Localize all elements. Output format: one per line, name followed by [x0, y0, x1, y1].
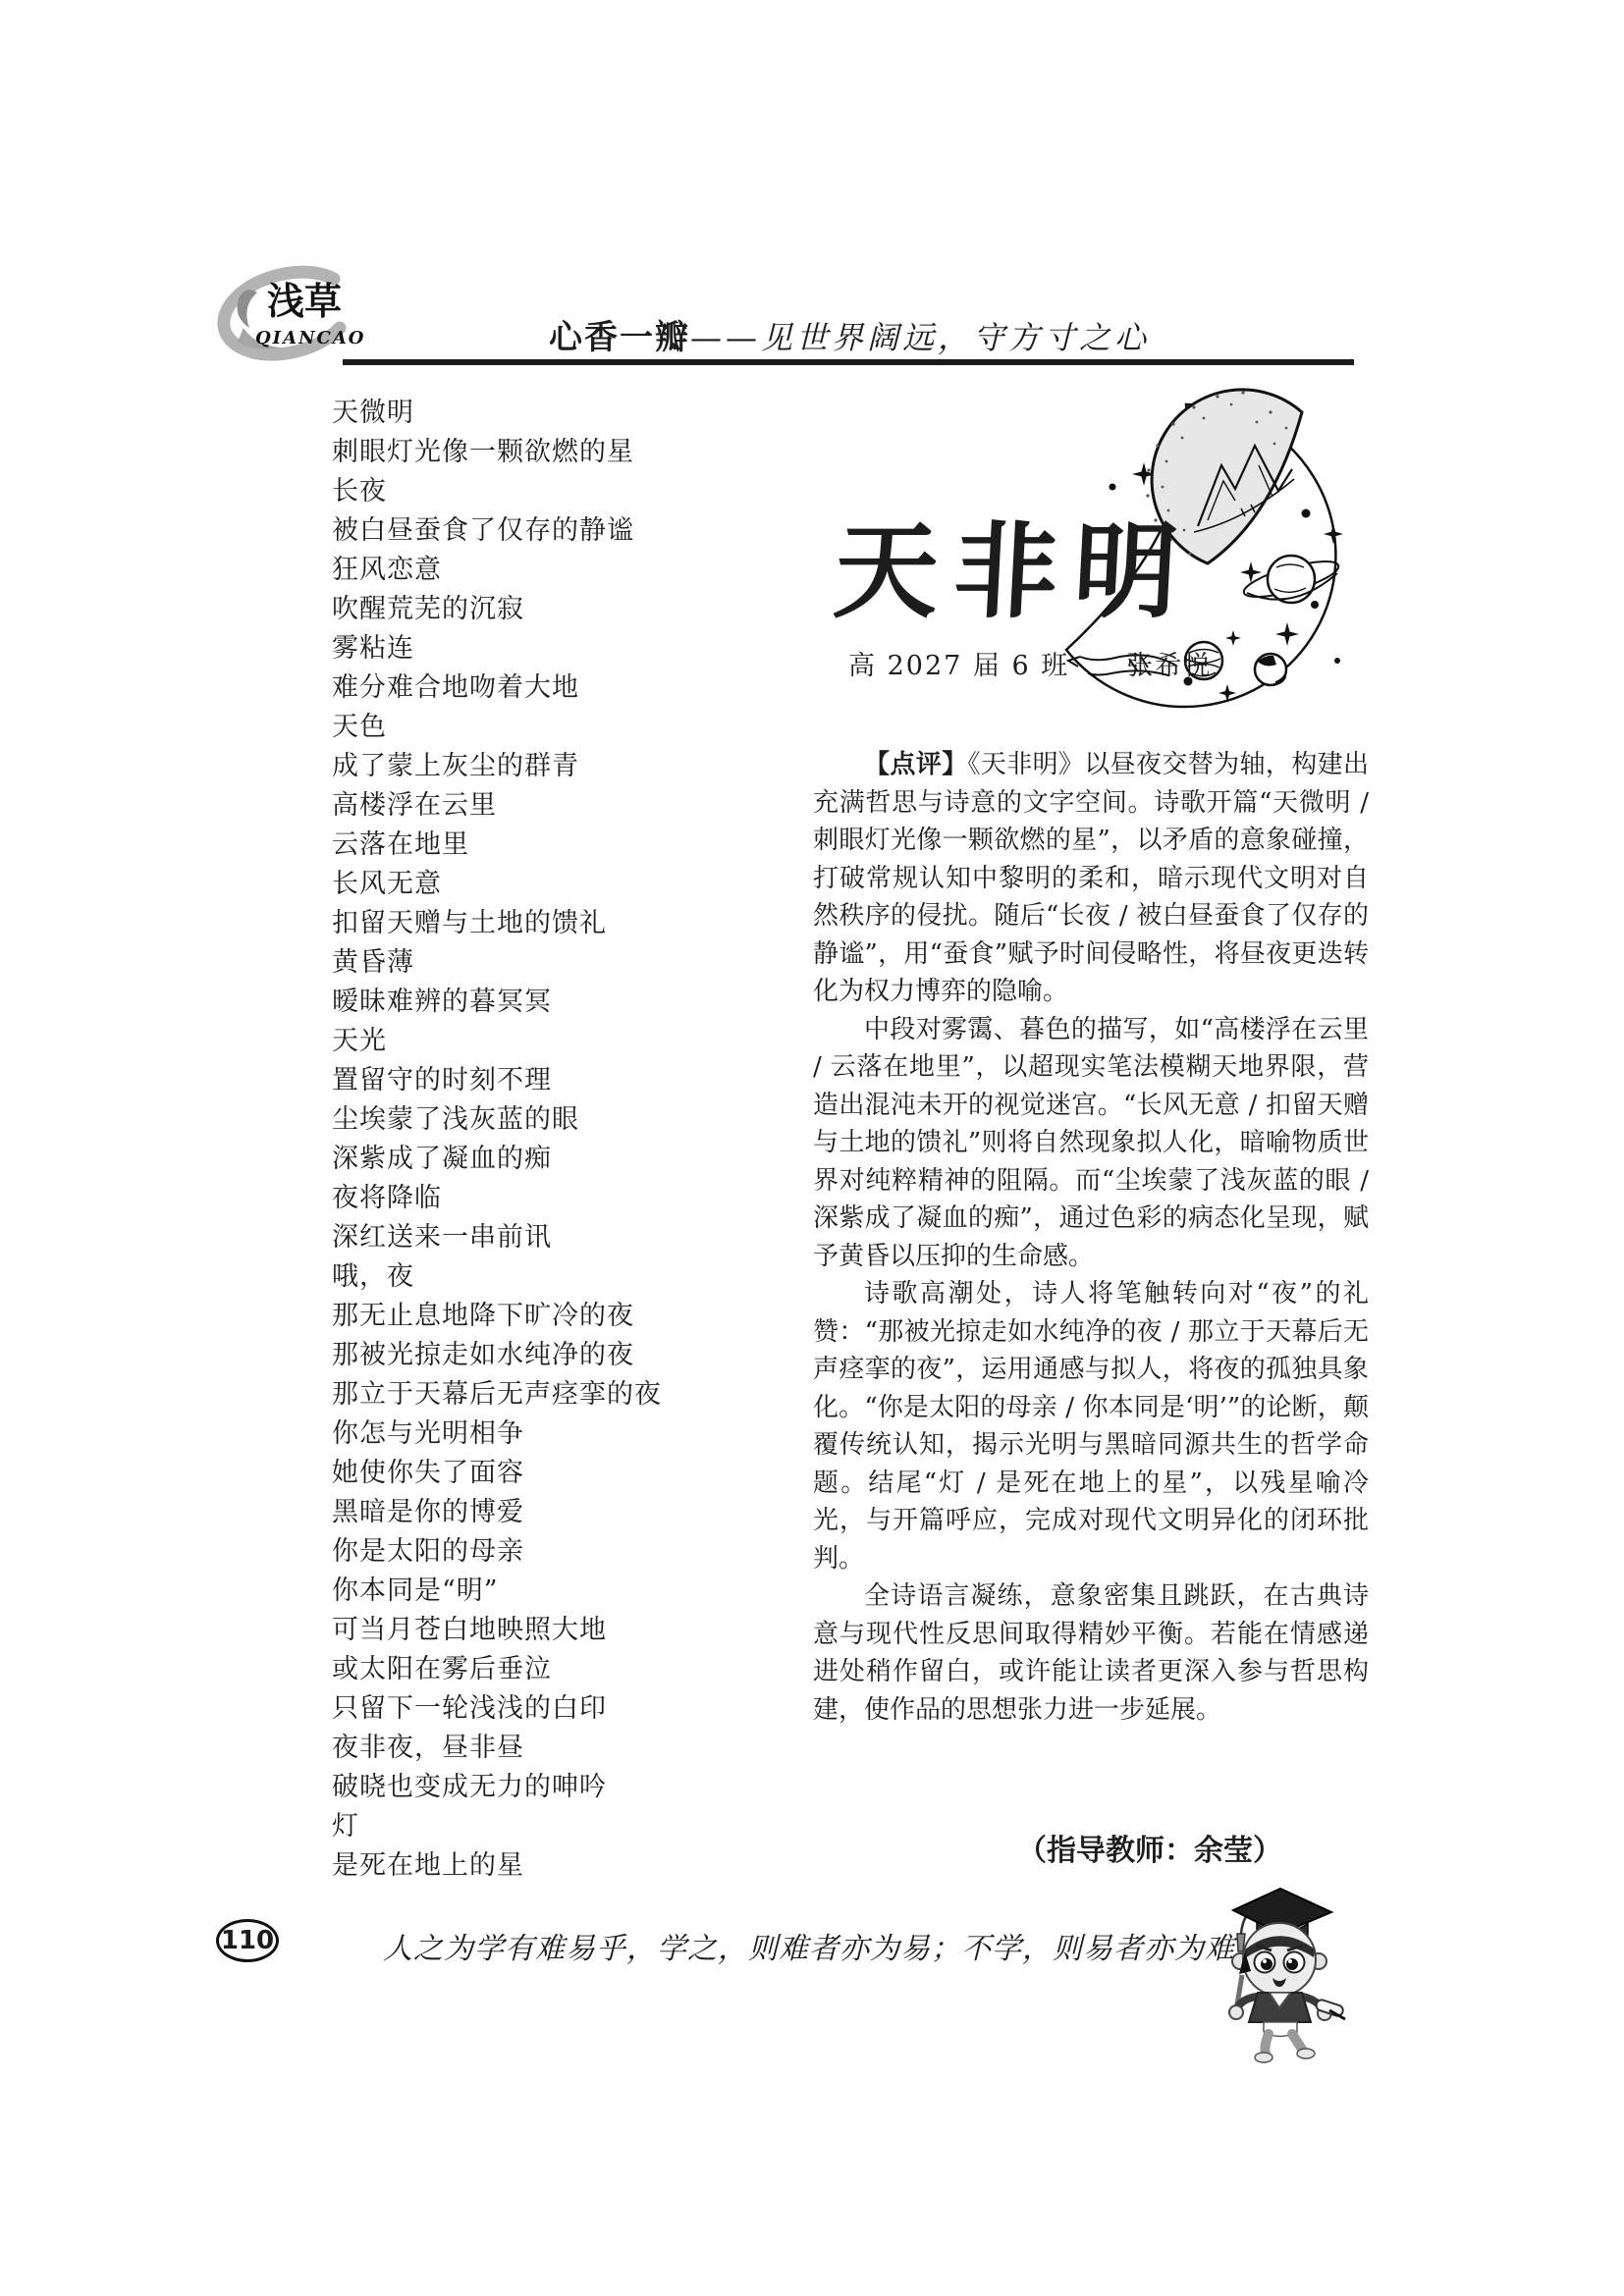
section-header-motto: ——见世界阔远，守方寸之心 — [690, 319, 1150, 356]
poem-line: 天微明 — [332, 394, 662, 433]
poem-line: 尘埃蒙了浅灰蓝的眼 — [332, 1100, 662, 1140]
poem-line: 深紫成了凝血的痴 — [332, 1140, 662, 1179]
commentary-body: 【点评】《天非明》以昼夜交替为轴，构建出充满哲思与诗意的文字空间。诗歌开篇“天微… — [813, 746, 1369, 1729]
poem-line: 天光 — [332, 1022, 662, 1061]
poem-line: 她使你失了面容 — [332, 1454, 662, 1493]
poem-line: 黄昏薄 — [332, 943, 662, 983]
page-number: 110 — [221, 1926, 274, 1955]
poem-line: 可当月苍白地映照大地 — [332, 1611, 662, 1650]
poem-line: 灯 — [332, 1807, 662, 1846]
poem-line: 难分难合地吻着大地 — [332, 668, 662, 708]
page-number-badge: 110 — [216, 1919, 279, 1962]
scholar-baby-mascot — [1210, 1873, 1352, 2064]
poem-line: 深红送来一串前讯 — [332, 1218, 662, 1257]
poem-line: 你是太阳的母亲 — [332, 1532, 662, 1572]
poem-line: 是死在地上的星 — [332, 1846, 662, 1886]
poem-title: 天非明 — [831, 489, 1198, 638]
poem-line: 长夜 — [332, 472, 662, 511]
poem-line: 扣留天赠与土地的馈礼 — [332, 904, 662, 943]
commentary-text: 诗歌高潮处，诗人将笔触转向对“夜”的礼赞：“那被光掠走如水纯净的夜 / 那立于天… — [813, 1279, 1369, 1574]
poem-line: 那立于天幕后无声痉挛的夜 — [332, 1375, 662, 1415]
poem-line: 狂风恋意 — [332, 551, 662, 590]
poem-line: 破晓也变成无力的呻吟 — [332, 1768, 662, 1807]
poem-line: 暧昧难辨的暮冥冥 — [332, 983, 662, 1022]
poem-line: 你本同是“明” — [332, 1572, 662, 1611]
footer-quote: 人之为学有难易乎，学之，则难者亦为易；不学，则易者亦为难。 — [383, 1924, 1266, 1967]
poem-line: 刺眼灯光像一颗欲燃的星 — [332, 433, 662, 472]
poem-line: 吹醒荒芜的沉寂 — [332, 590, 662, 629]
poem-line: 高楼浮在云里 — [332, 786, 662, 826]
commentary-label: 【点评】 — [864, 750, 967, 779]
poem-line: 天色 — [332, 708, 662, 747]
poem-line: 那无止息地降下旷冷的夜 — [332, 1297, 662, 1336]
commentary-text: 中段对雾霭、暮色的描写，如“高楼浮在云里 / 云落在地里”，以超现实笔法模糊天地… — [813, 1015, 1369, 1271]
poem-byline: 高 2027 届 6 班 张希悦 — [848, 644, 1212, 682]
commentary-text: 全诗语言凝练，意象密集且跳跃，在古典诗意与现代性反思间取得精妙平衡。若能在情感递… — [813, 1581, 1369, 1725]
teacher-credit: （指导教师：余莹） — [813, 1826, 1369, 1869]
poem-line: 云落在地里 — [332, 826, 662, 865]
poem-line: 置留守的时刻不理 — [332, 1061, 662, 1100]
poem-line: 黑暗是你的博爱 — [332, 1493, 662, 1532]
poem-body: 天微明刺眼灯光像一颗欲燃的星长夜被白昼蚕食了仅存的静谧狂风恋意吹醒荒芜的沉寂雾粘… — [332, 394, 662, 1886]
poem-line: 雾粘连 — [332, 629, 662, 668]
commentary-paragraph: 诗歌高潮处，诗人将笔触转向对“夜”的礼赞：“那被光掠走如水纯净的夜 / 那立于天… — [813, 1275, 1369, 1577]
poem-line: 夜非夜，昼非昼 — [332, 1729, 662, 1768]
poem-line: 哦，夜 — [332, 1257, 662, 1297]
poem-line: 被白昼蚕食了仅存的静谧 — [332, 511, 662, 551]
commentary-paragraph: 中段对雾霭、暮色的描写，如“高楼浮在云里 / 云落在地里”，以超现实笔法模糊天地… — [813, 1011, 1369, 1276]
commentary-paragraph: 全诗语言凝练，意象密集且跳跃，在古典诗意与现代性反思间取得精妙平衡。若能在情感递… — [813, 1577, 1369, 1729]
commentary-text: 《天非明》以昼夜交替为轴，构建出充满哲思与诗意的文字空间。诗歌开篇“天微明 / … — [813, 750, 1369, 1006]
magazine-page: { "masthead": { "logo_cn": "浅草", "logo_e… — [0, 0, 1624, 2296]
poem-line: 那被光掠走如水纯净的夜 — [332, 1336, 662, 1375]
section-header: 心香一瓣——见世界阔远，守方寸之心 — [344, 310, 1355, 358]
poem-line: 只留下一轮浅浅的白印 — [332, 1689, 662, 1729]
header-rule — [343, 359, 1354, 365]
section-header-title: 心香一瓣 — [549, 318, 690, 357]
patch-planet — [1255, 654, 1286, 685]
commentary-paragraph: 【点评】《天非明》以昼夜交替为轴，构建出充满哲思与诗意的文字空间。诗歌开篇“天微… — [813, 746, 1369, 1011]
poem-line: 你怎与光明相争 — [332, 1415, 662, 1454]
poem-line: 成了蒙上灰尘的群青 — [332, 747, 662, 786]
poem-line: 长风无意 — [332, 865, 662, 904]
poem-line: 夜将降临 — [332, 1179, 662, 1218]
poem-line: 或太阳在雾后垂泣 — [332, 1650, 662, 1689]
logo-cn-text: 浅草 — [267, 279, 342, 323]
